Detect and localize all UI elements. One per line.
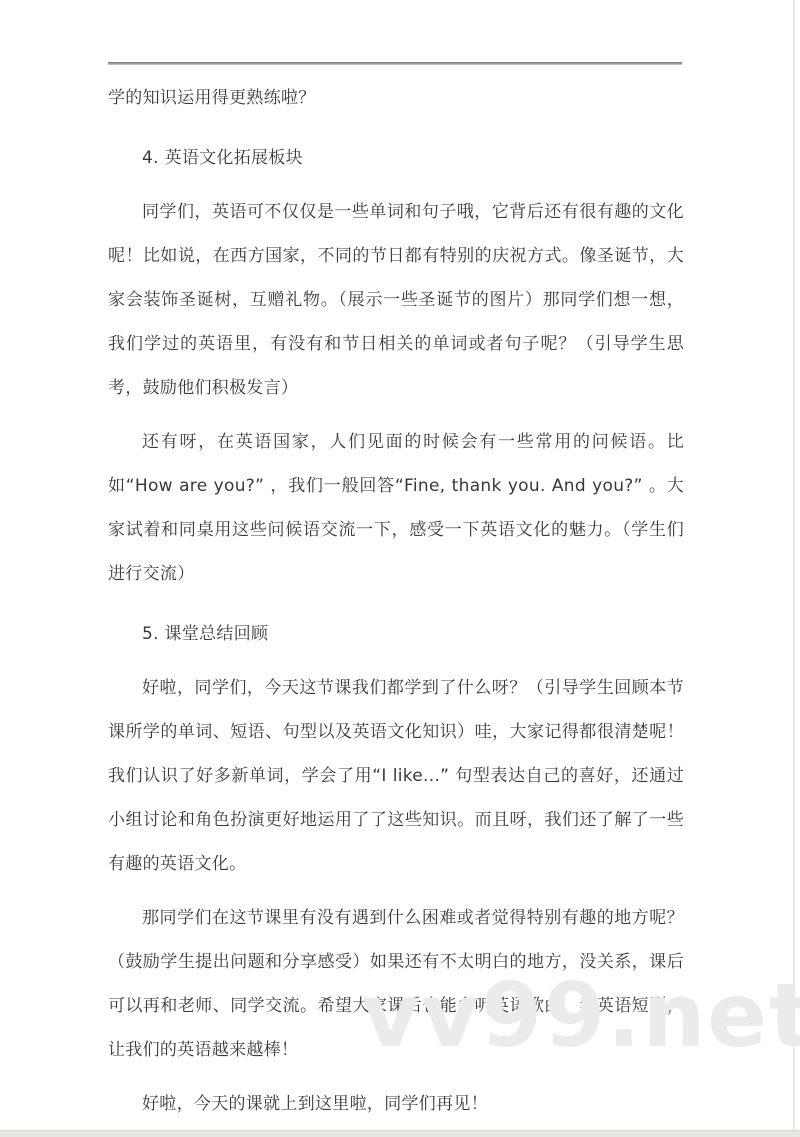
watermark-text: vv99.net [362, 972, 800, 1060]
section-heading-4: 4. 英语文化拓展板块 [108, 136, 684, 180]
paragraph-greetings: 还有呀，在英语国家，人们见面的时候会有一些常用的问候语。比如“How are y… [108, 420, 684, 596]
paragraph-culture-intro: 同学们，英语可不仅仅是一些单词和句子哦，它背后还有很有趣的文化呢！比如说，在西方… [108, 190, 684, 410]
page-right-edge [793, 0, 795, 1137]
page-bottom-edge [0, 1130, 800, 1137]
paragraph-goodbye: 好啦，今天的课就上到这里啦，同学们再见！ [108, 1082, 684, 1126]
document-page: 学的知识运用得更熟练啦？ 4. 英语文化拓展板块 同学们，英语可不仅仅是一些单词… [0, 0, 800, 1137]
paragraph-continuation: 学的知识运用得更熟练啦？ [108, 76, 684, 120]
paragraph-summary: 好啦，同学们，今天这节课我们都学到了什么呀？（引导学生回顾本节课所学的单词、短语… [108, 666, 684, 886]
header-divider-rule [108, 62, 682, 65]
section-heading-5: 5. 课堂总结回顾 [108, 612, 684, 656]
